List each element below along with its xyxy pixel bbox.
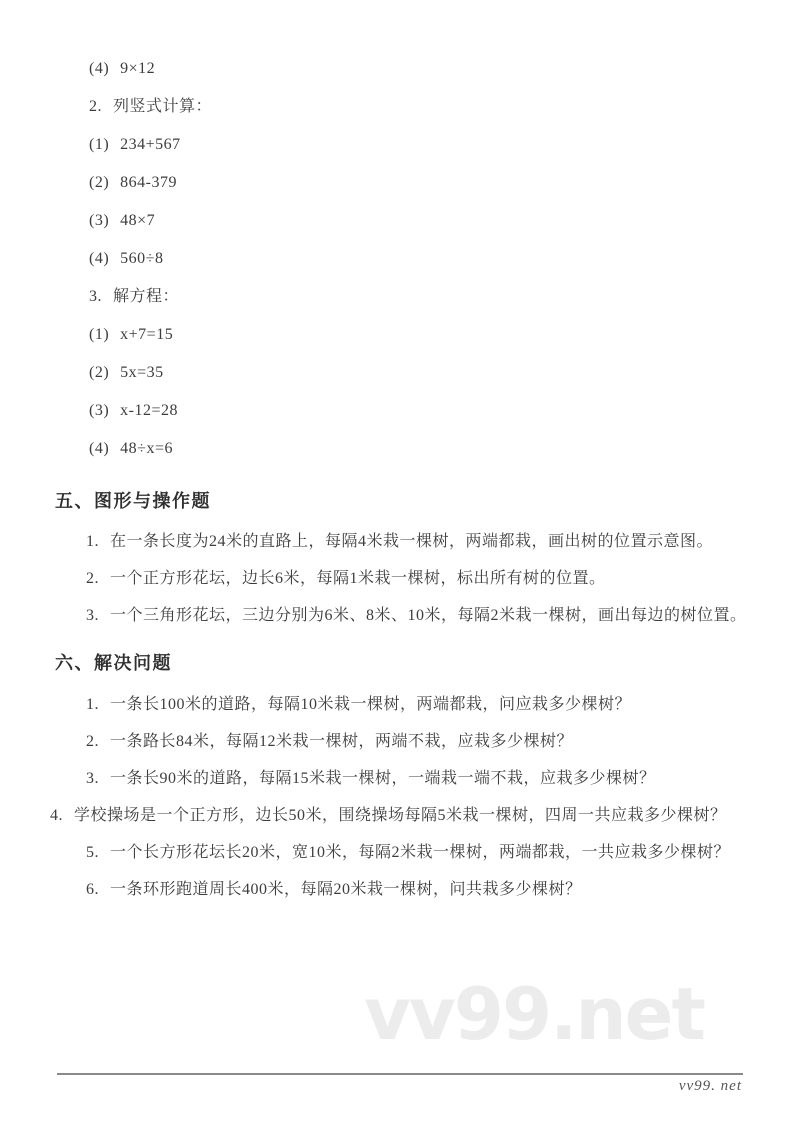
footer-site-label: vv99. net [679, 1078, 742, 1095]
item-text: 一条环形跑道周长400米，每隔20米栽一棵树，问共栽多少棵树？ [110, 881, 582, 898]
section6-item: 6.一条环形跑道周长400米，每隔20米栽一棵树，问共栽多少棵树？ [86, 878, 800, 902]
item-number: 3. [89, 286, 102, 308]
section6-item: 3.一条长90米的道路，每隔15米栽一棵树，一端栽一端不栽，应栽多少棵树？ [86, 767, 800, 791]
item-number: 2. [86, 730, 99, 754]
item-text: 48÷x=6 [120, 440, 173, 457]
item-number: (4) [89, 248, 109, 270]
item-number: 5. [86, 841, 99, 865]
exercise-line: (4)48÷x=6 [89, 438, 800, 460]
section5-item: 1.在一条长度为24米的直路上，每隔4米栽一棵树，两端都栽，画出树的位置示意图。 [86, 530, 800, 554]
item-text: 864-379 [120, 174, 177, 191]
item-text: x-12=28 [120, 402, 178, 419]
section6-item: 5.一个长方形花坛长20米，宽10米，每隔2米栽一棵树，两端都栽，一共应栽多少棵… [86, 841, 800, 865]
item-number: (2) [89, 172, 109, 194]
item-number: (2) [89, 362, 109, 384]
item-text: 5x=35 [120, 364, 164, 381]
item-number: (3) [89, 400, 109, 422]
item-text: 学校操场是一个正方形，边长50米，围绕操场每隔5米栽一棵树，四周一共应栽多少棵树… [74, 807, 727, 824]
exercise-line: (3)48×7 [89, 210, 800, 232]
section5-heading: 五、图形与操作题 [55, 490, 800, 512]
item-number: 4. [50, 804, 63, 828]
exercise-line: (4)9×12 [89, 58, 800, 80]
exercise-line: (4)560÷8 [89, 248, 800, 270]
exercise-line: (3)x-12=28 [89, 400, 800, 422]
worksheet-content: (4)9×12 2.列竖式计算： (1)234+567 (2)864-379 (… [0, 0, 800, 915]
item-text: 在一条长度为24米的直路上，每隔4米栽一棵树，两端都栽，画出树的位置示意图。 [110, 533, 713, 550]
exercise-line: 3.解方程： [89, 286, 800, 308]
item-number: 1. [86, 530, 99, 554]
exercise-line: (1)x+7=15 [89, 324, 800, 346]
section6-item: 4.学校操场是一个正方形，边长50米，围绕操场每隔5米栽一棵树，四周一共应栽多少… [50, 804, 800, 828]
item-text: 一个三角形花坛，三边分别为6米、8米、10米，每隔2米栽一棵树，画出每边的树位置… [110, 607, 747, 624]
exercise-line: (2)5x=35 [89, 362, 800, 384]
item-number: (3) [89, 210, 109, 232]
section6-item: 1.一条长100米的道路，每隔10米栽一棵树，两端都栽，问应栽多少棵树？ [86, 693, 800, 717]
item-text: 一条路长84米，每隔12米栽一棵树，两端不栽，应栽多少棵树？ [110, 733, 573, 750]
item-text: 9×12 [120, 60, 155, 77]
footer-divider [57, 1073, 743, 1075]
exercise-line: (1)234+567 [89, 134, 800, 156]
item-number: 1. [86, 693, 99, 717]
item-text: 一条长90米的道路，每隔15米栽一棵树，一端栽一端不栽，应栽多少棵树？ [110, 770, 656, 787]
item-number: 3. [86, 767, 99, 791]
item-text: 234+567 [120, 136, 181, 153]
item-number: 2. [86, 567, 99, 591]
section6-item: 2.一条路长84米，每隔12米栽一棵树，两端不栽，应栽多少棵树？ [86, 730, 800, 754]
worksheet-page: vv99.net (4)9×12 2.列竖式计算： (1)234+567 (2)… [0, 0, 800, 1130]
section5-item: 2.一个正方形花坛，边长6米，每隔1米栽一棵树，标出所有树的位置。 [86, 567, 800, 591]
section5-items: 1.在一条长度为24米的直路上，每隔4米栽一棵树，两端都栽，画出树的位置示意图。… [0, 530, 800, 628]
item-number: 2. [89, 96, 102, 118]
watermark-text: vv99.net [364, 974, 704, 1054]
item-number: 6. [86, 878, 99, 902]
item-text: 一个长方形花坛长20米，宽10米，每隔2米栽一棵树，两端都栽，一共应栽多少棵树？ [110, 844, 730, 861]
item-text: 解方程： [113, 288, 179, 305]
exercise-line: 2.列竖式计算： [89, 96, 800, 118]
item-number: (1) [89, 134, 109, 156]
item-number: (1) [89, 324, 109, 346]
item-text: 一个正方形花坛，边长6米，每隔1米栽一棵树，标出所有树的位置。 [110, 570, 606, 587]
item-number: (4) [89, 58, 109, 80]
section5-item: 3.一个三角形花坛，三边分别为6米、8米、10米，每隔2米栽一棵树，画出每边的树… [86, 604, 800, 628]
item-number: 3. [86, 604, 99, 628]
item-text: x+7=15 [120, 326, 173, 343]
item-number: (4) [89, 438, 109, 460]
item-text: 48×7 [120, 212, 155, 229]
item-text: 560÷8 [120, 250, 163, 267]
section6-heading: 六、解决问题 [55, 652, 800, 674]
item-text: 列竖式计算： [113, 98, 212, 115]
exercise-line: (2)864-379 [89, 172, 800, 194]
section6-items: 1.一条长100米的道路，每隔10米栽一棵树，两端都栽，问应栽多少棵树？ 2.一… [0, 693, 800, 902]
item-text: 一条长100米的道路，每隔10米栽一棵树，两端都栽，问应栽多少棵树？ [110, 696, 631, 713]
